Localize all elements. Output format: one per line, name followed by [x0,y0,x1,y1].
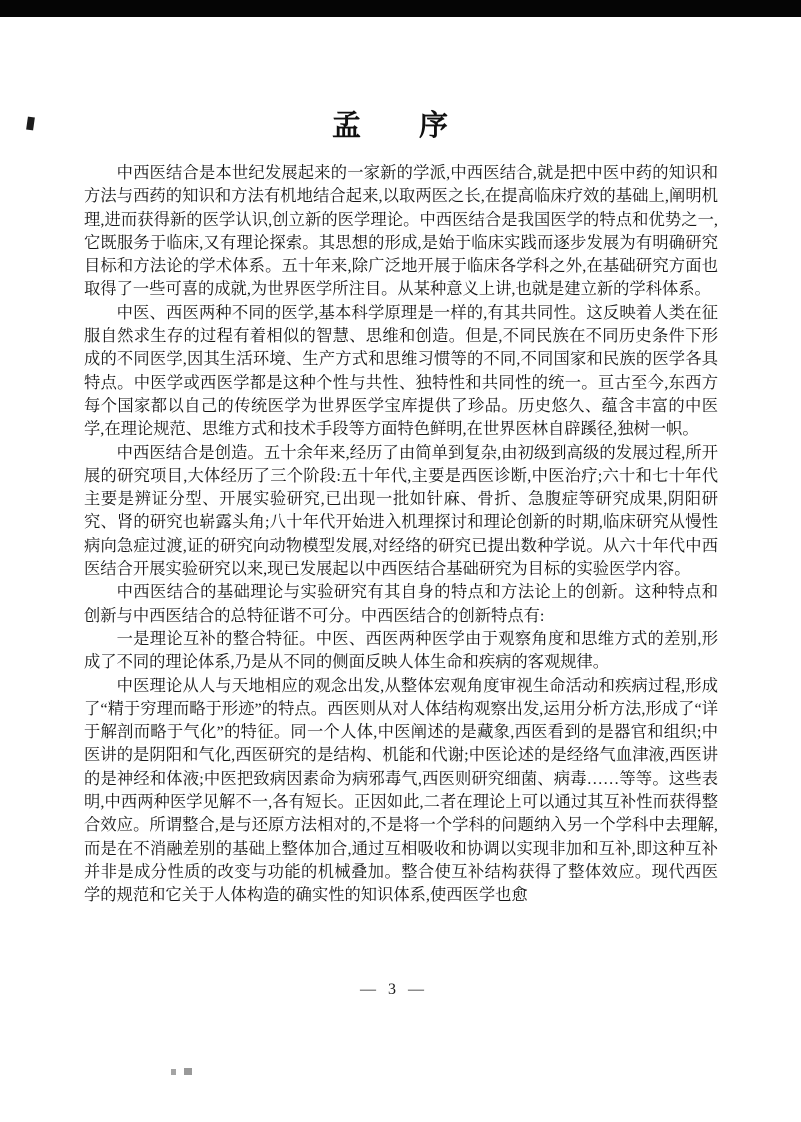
preface-body: 中西医结合是本世纪发展起来的一家新的学派,中西医结合,就是把中医中药的知识和方法… [84,161,718,907]
paragraph-4: 中西医结合的基础理论与实验研究有其自身的特点和方法论上的创新。这种特点和创新与中… [84,580,718,627]
paragraph-2: 中医、西医两种不同的医学,基本科学原理是一样的,有其共同性。这反映着人类在征服自… [84,301,718,441]
page-number: — 3 — [84,981,704,999]
page-title: 孟 序 [0,103,780,144]
paragraph-3: 中西医结合是创造。五十余年来,经历了由简单到复杂,由初级到高级的发展过程,所开展… [84,441,718,581]
scan-speck-bottom-1 [171,1069,176,1075]
paragraph-5: 一是理论互补的整合特征。中医、西医两种医学由于观察角度和思维方式的差别,形成了不… [84,627,718,674]
paragraph-1: 中西医结合是本世纪发展起来的一家新的学派,中西医结合,就是把中医中药的知识和方法… [84,161,718,301]
scan-edge-artifact [0,0,801,17]
scan-speck-bottom-2 [184,1068,192,1075]
paragraph-6: 中医理论从人与天地相应的观念出发,从整体宏观角度审视生命活动和疾病过程,形成了“… [84,674,718,907]
book-page: 孟 序 中西医结合是本世纪发展起来的一家新的学派,中西医结合,就是把中医中药的知… [0,0,801,1122]
